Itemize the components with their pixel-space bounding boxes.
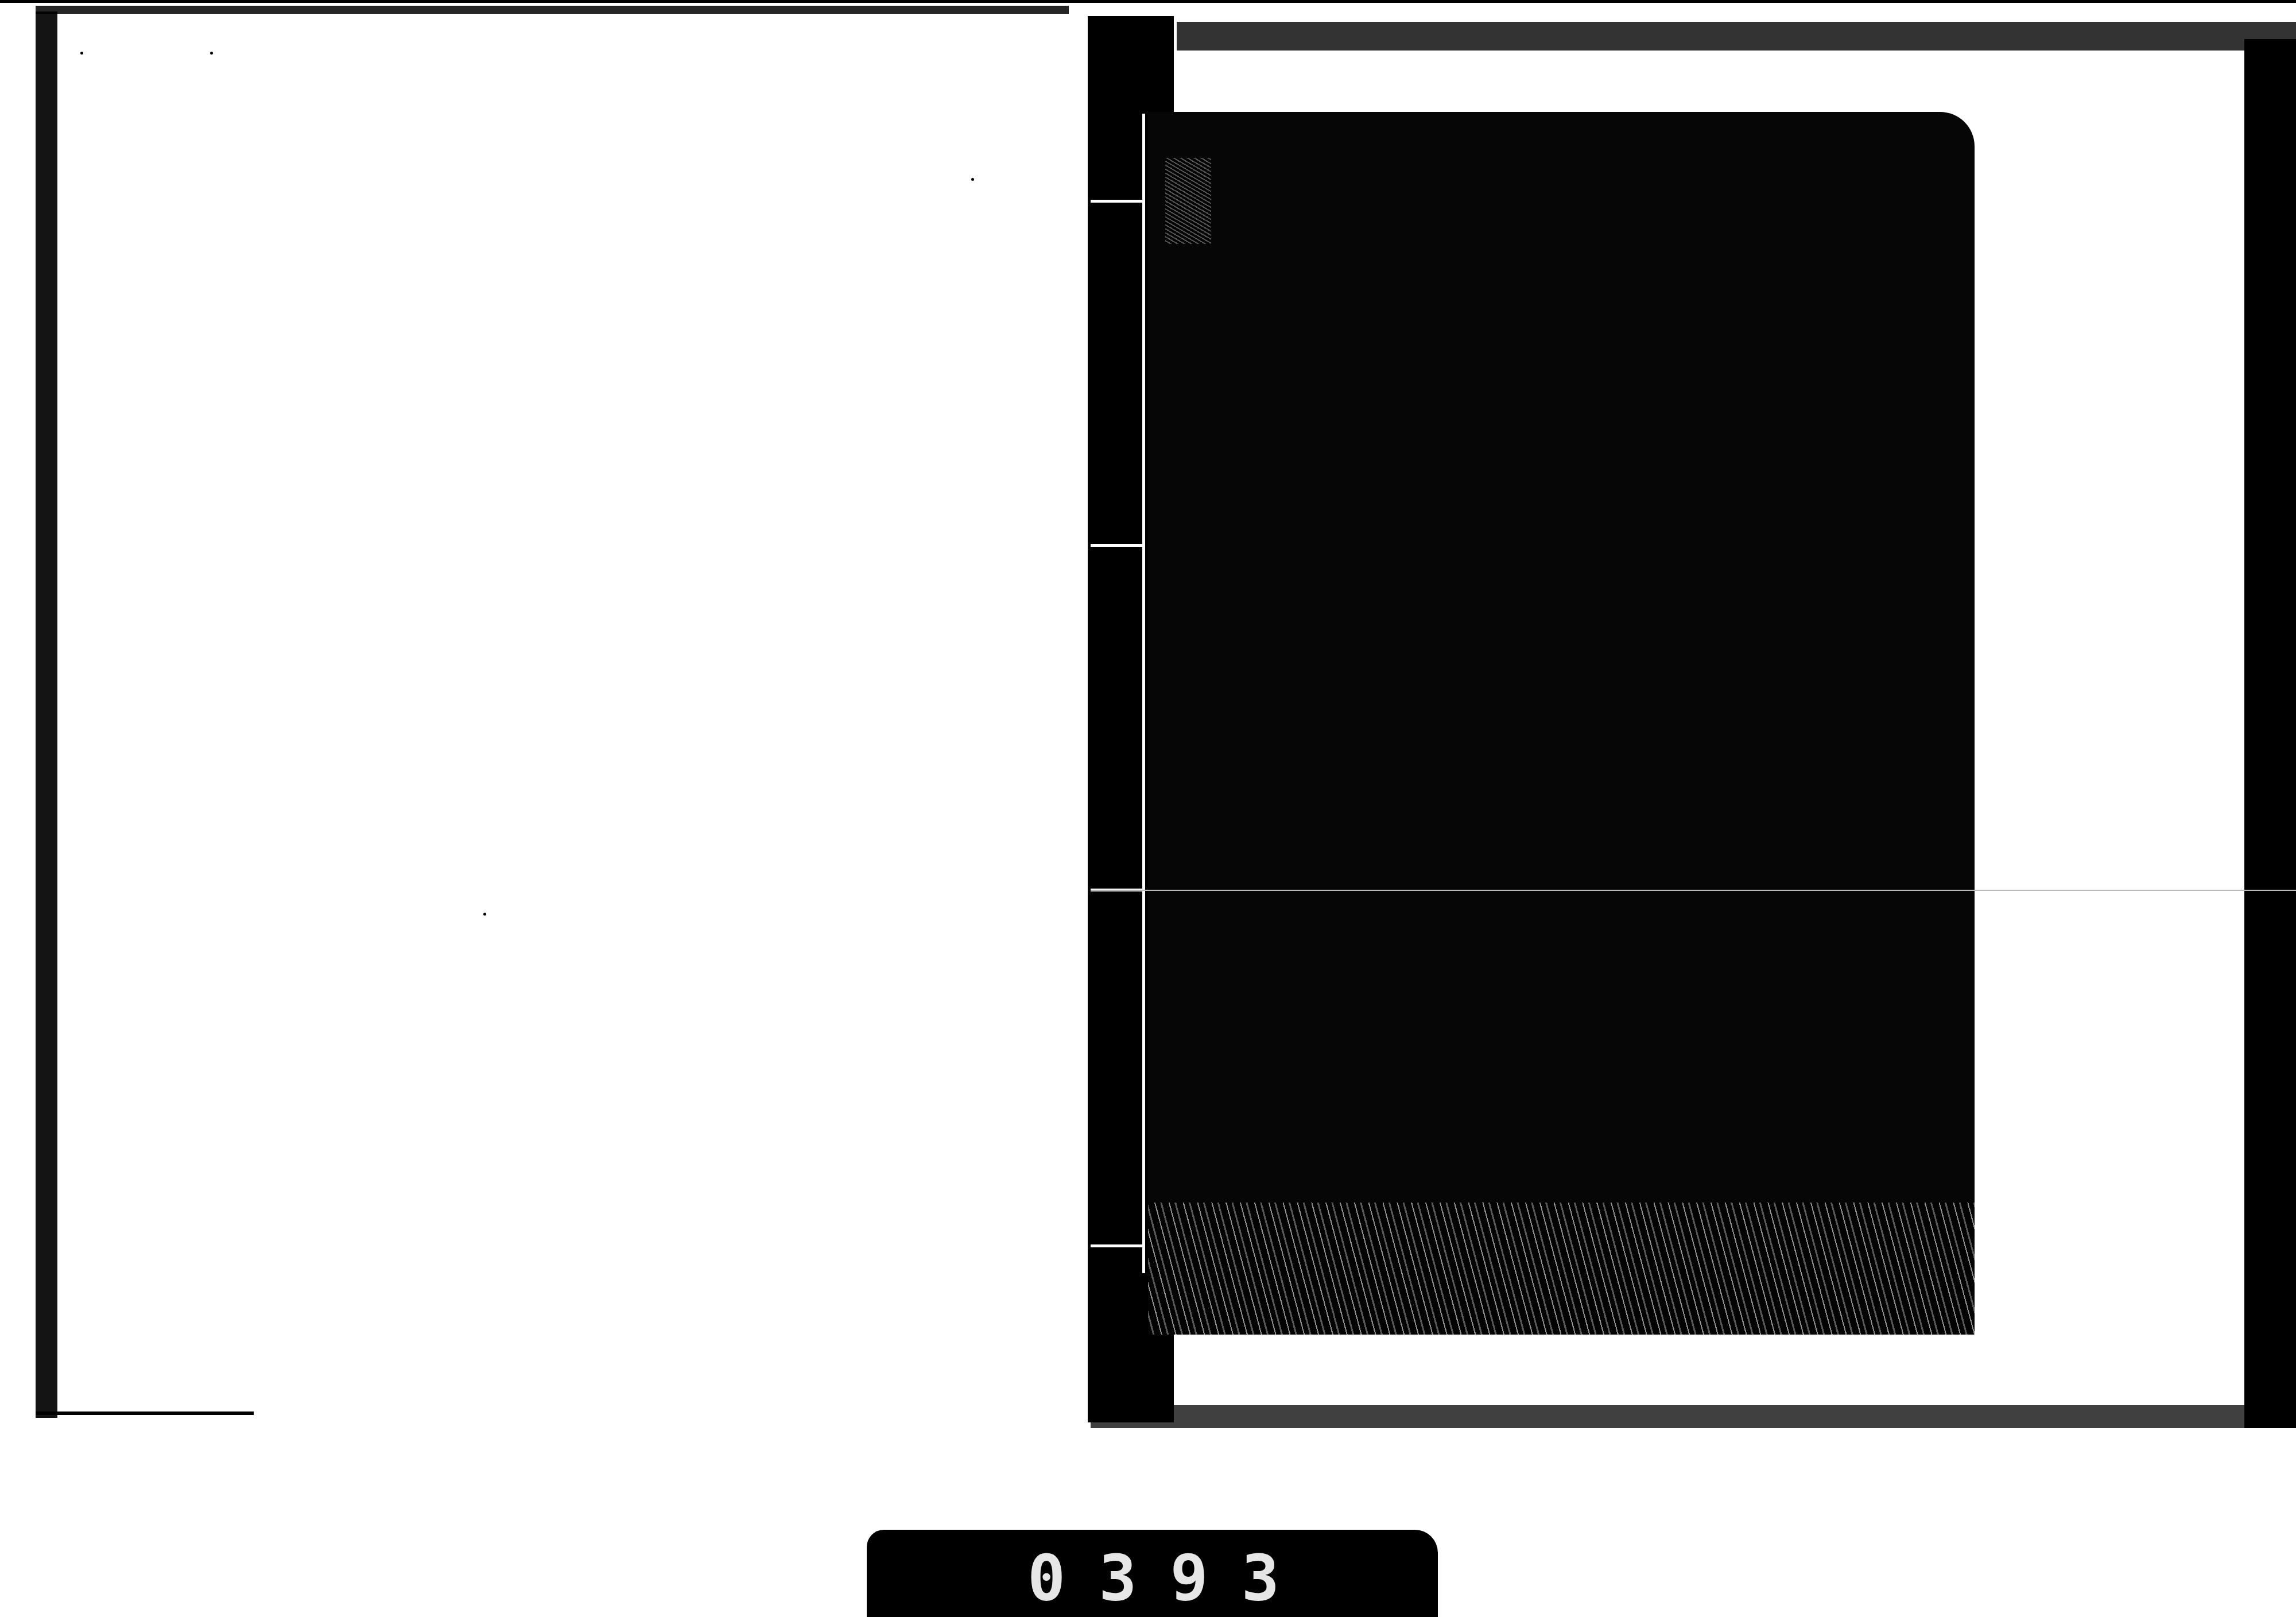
spine-band xyxy=(1091,544,1142,547)
scan-crease-line xyxy=(1091,890,2296,891)
book-cover xyxy=(1148,112,1975,1335)
left-page-bottom-edge xyxy=(36,1412,254,1415)
speck xyxy=(483,913,486,916)
cover-bottom-wear xyxy=(1148,1203,1975,1335)
left-page-top-edge xyxy=(36,6,1069,14)
spine-band xyxy=(1091,200,1142,203)
frame-top-edge xyxy=(1177,22,2296,51)
scan-border-top xyxy=(0,0,2296,3)
frame-bottom-edge xyxy=(1091,1405,2296,1428)
speck xyxy=(971,178,974,181)
catalog-number: 0393 xyxy=(1027,1541,1313,1615)
catalog-label: 0393 xyxy=(867,1530,1438,1617)
spine-foot xyxy=(1105,1336,1151,1422)
spine-band xyxy=(1091,1244,1142,1247)
left-page xyxy=(36,6,1069,1415)
spine-stitch-line xyxy=(1142,114,1145,1273)
left-page-left-edge xyxy=(36,11,57,1418)
speck xyxy=(210,52,213,55)
speck xyxy=(80,52,83,55)
frame-right-edge xyxy=(2244,39,2296,1428)
cover-wear-mark xyxy=(1165,158,1211,244)
